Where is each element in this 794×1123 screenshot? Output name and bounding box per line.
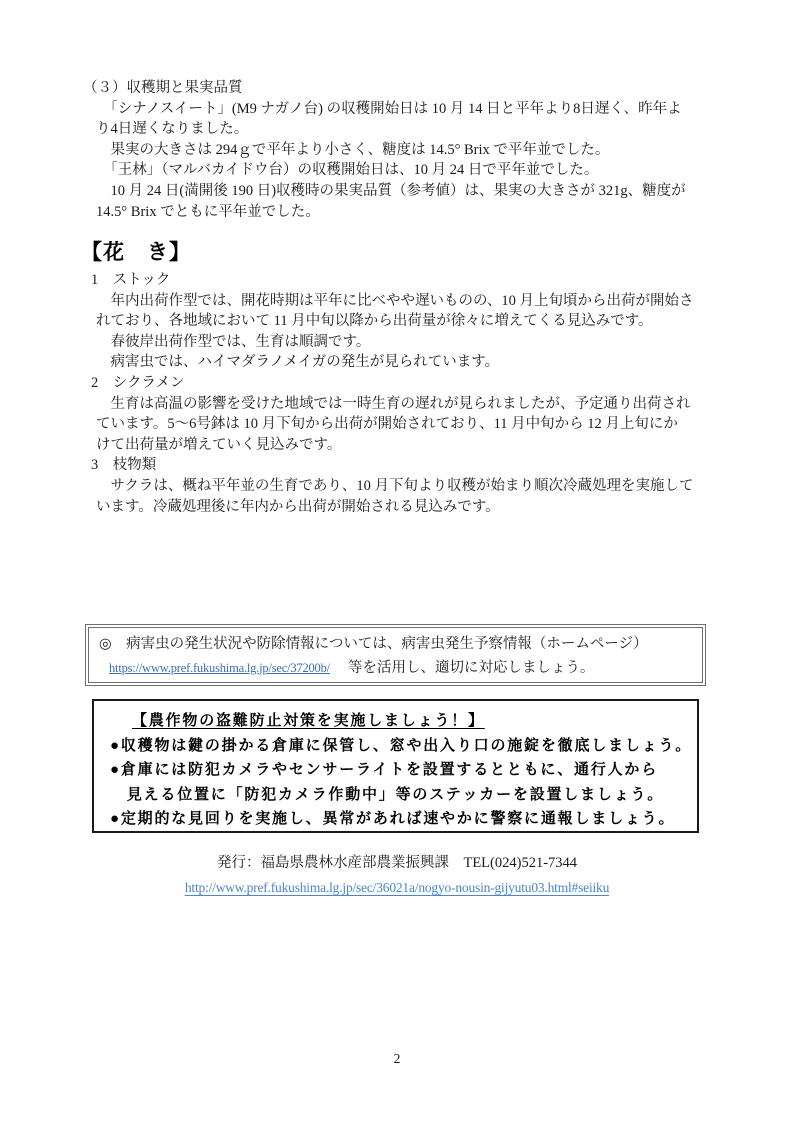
bullet-line: ●倉庫には防犯カメラやセンサーライトを設置するとともに、通行人から [110,758,697,783]
theft-prevention-box: 【農作物の盗難防止対策を実施しましょう！】 ●収穫物は鍵の掛かる倉庫に保管し、窓… [92,699,699,833]
item-paragraphs: サクラは、概ね平年並の生育であり、10 月下旬より収穫が始まり順次冷蔵処理を実施… [83,476,728,517]
pest-notice-text: 病害虫の発生状況や防除情報については、病害虫発生予察情報（ホームページ） [112,636,648,652]
paragraph-line: り4日遅くなりました。 [96,119,723,140]
pest-notice-box: ◎ 病害虫の発生状況や防除情報については、病害虫発生予察情報（ホームページ） h… [85,624,706,686]
pest-notice-line2: https://www.pref.fukushima.lg.jp/sec/372… [99,657,702,681]
flower-item-branches: 3 枝物類 サクラは、概ね平年並の生育であり、10 月下旬より収穫が始まり順次冷… [83,455,728,517]
flower-section-title: 【花 き】 [81,236,191,266]
item-header: 1 ストック [83,270,728,291]
publisher-line: 発行：福島県農林水産部農業振興課 TEL(024)521-7344 [0,851,794,872]
item-paragraphs: 生育は高温の影響を受けた地域では一時生育の遅れが見られましたが、予定通り出荷され… [83,394,728,456]
paragraph-line: 春彼岸出荷作型では、生育は順調です。 [96,332,728,353]
pest-notice-suffix: 等を活用し、適切に対応しましょう。 [330,660,595,676]
footer-url-link[interactable]: http://www.pref.fukushima.lg.jp/sec/3602… [185,880,609,895]
footer-url-line: http://www.pref.fukushima.lg.jp/sec/3602… [0,879,794,897]
paragraph-line: サクラは、概ね平年並の生育であり、10 月下旬より収穫が始まり順次冷蔵処理を実施… [96,476,728,497]
fruit-quality-paragraphs: 「シナノスイート」(M9 ナガノ台) の収穫開始日は 10 月 14 日と平年よ… [83,99,723,223]
paragraph-line: けて出荷量が増えていく見込みです。 [96,435,728,456]
flower-item-stock: 1 ストック 年内出荷作型では、開花時期は平年に比べやや遅いものの、10 月上旬… [83,270,728,373]
pest-info-url-link[interactable]: https://www.pref.fukushima.lg.jp/sec/372… [109,661,330,675]
paragraph-line: 果実の大きさは 294ｇで平年より小さく、糖度は 14.5° Brix で平年並… [96,140,723,161]
page-number: 2 [0,1051,794,1067]
theft-box-title: 【農作物の盗難防止対策を実施しましょう！】 [110,709,697,734]
paragraph-line: 「シナノスイート」(M9 ナガノ台) の収穫開始日は 10 月 14 日と平年よ… [96,99,723,120]
paragraph-line: 生育は高温の影響を受けた地域では一時生育の遅れが見られましたが、予定通り出荷され [96,394,728,415]
fruit-quality-section: （３）収穫期と果実品質 「シナノスイート」(M9 ナガノ台) の収穫開始日は 1… [83,78,723,222]
paragraph-line: ています。5～6号鉢は 10 月下旬から出荷が開始されており、11 月中旬から … [96,414,728,435]
section-heading: （３）収穫期と果実品質 [83,78,723,99]
flower-item-cyclamen: 2 シクラメン 生育は高温の影響を受けた地域では一時生育の遅れが見られましたが、… [83,373,728,455]
paragraph-line: 10 月 24 日(満開後 190 日)収穫時の果実品質（参考値）は、果実の大き… [96,181,723,202]
bullet-line: ●定期的な見回りを実施し、異常があれば速やかに警察に通報しましょう。 [110,807,697,832]
paragraph-line: れており、各地域において 11 月中旬以降から出荷量が徐々に増えてくる見込みです… [96,311,728,332]
flower-section: 1 ストック 年内出荷作型では、開花時期は平年に比べやや遅いものの、10 月上旬… [83,270,728,517]
paragraph-line: 「王林」（マルバカイドウ台）の収穫開始日は、10 月 24 日で平年並でした。 [96,160,723,181]
bullet-line: ●収穫物は鍵の掛かる倉庫に保管し、窓や出入り口の施錠を徹底しましょう。 [110,734,697,759]
paragraph-line: 年内出荷作型では、開花時期は平年に比べやや遅いものの、10 月上旬頃から出荷が開… [96,291,728,312]
item-paragraphs: 年内出荷作型では、開花時期は平年に比べやや遅いものの、10 月上旬頃から出荷が開… [83,291,728,373]
paragraph-line: います。冷蔵処理後に年内から出荷が開始される見込みです。 [96,497,728,518]
item-header: 3 枝物類 [83,455,728,476]
item-header: 2 シクラメン [83,373,728,394]
paragraph-line: 14.5° Brix でともに平年並でした。 [96,202,723,223]
document-page: （３）収穫期と果実品質 「シナノスイート」(M9 ナガノ台) の収穫開始日は 1… [0,0,794,1123]
circle-marker: ◎ [99,636,112,652]
paragraph-line: 病害虫では、ハイマダラノメイガの発生が見られています。 [96,352,728,373]
pest-notice-line1: ◎ 病害虫の発生状況や防除情報については、病害虫発生予察情報（ホームページ） [99,633,702,657]
bullet-line: 見える位置に「防犯カメラ作動中」等のステッカーを設置しましょう。 [110,783,697,808]
